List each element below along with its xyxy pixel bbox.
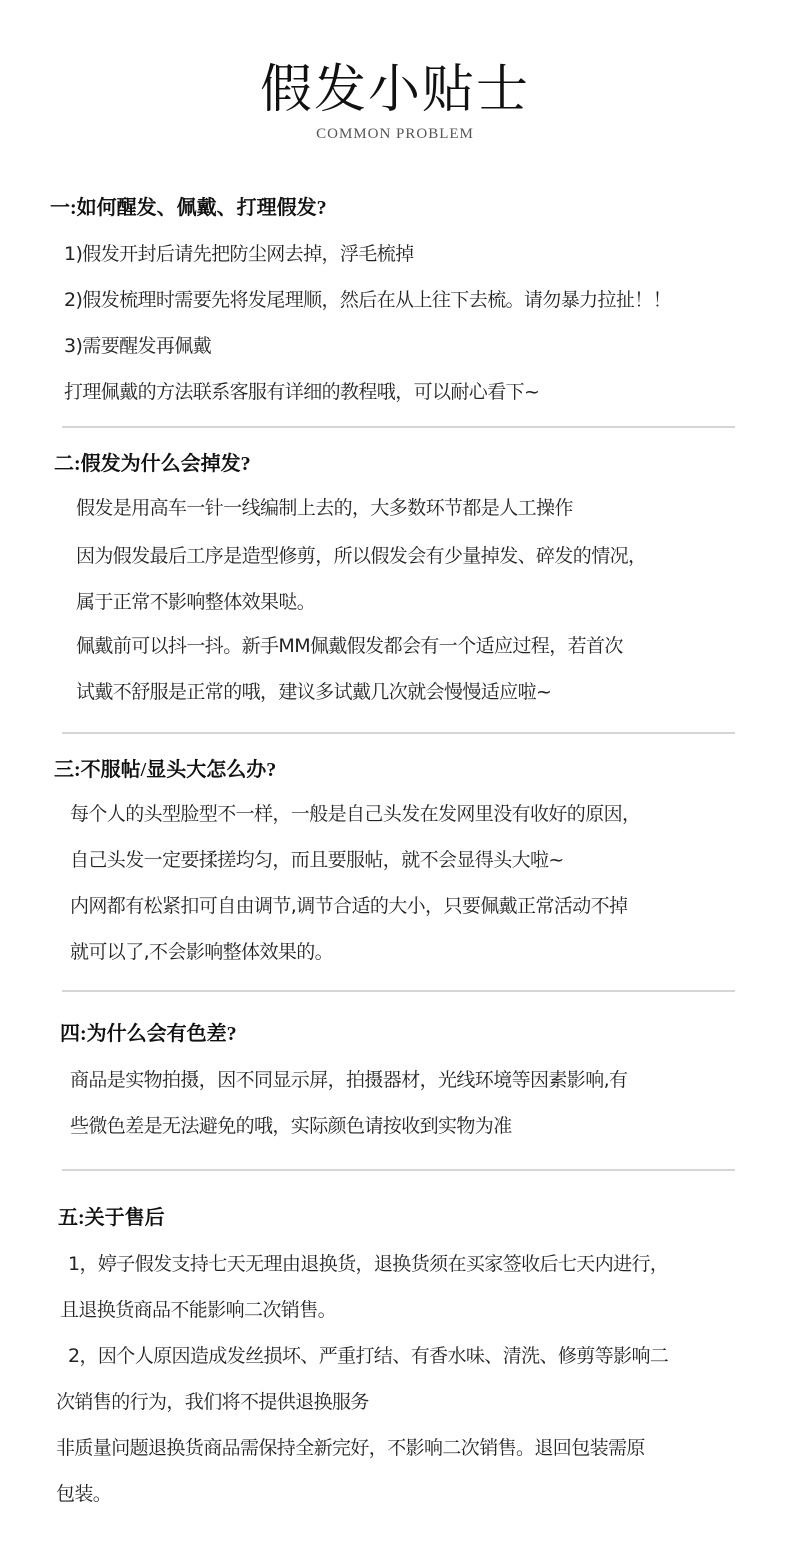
section-5-line-3: 2，因个人原因造成发丝损坏、严重打结、有香水味、清洗、修剪等影响二 xyxy=(68,1342,668,1370)
section-1-line-4: 打理佩戴的方法联系客服有详细的教程哦，可以耐心看下~ xyxy=(64,378,539,406)
section-heading-4: 四:为什么会有色差? xyxy=(60,1020,237,1048)
section-5-line-5: 非质量问题退换货商品需保持全新完好，不影响二次销售。退回包装需原 xyxy=(56,1434,645,1462)
section-3-line-1: 每个人的头型脸型不一样，一般是自己头发在发网里没有收好的原因， xyxy=(70,800,640,828)
section-1-line-2: 2)假发梳理时需要先将发尾理顺，然后在从上往下去梳。请勿暴力拉扯！！ xyxy=(64,286,671,314)
section-3-line-3: 内网都有松紧扣可自由调节,调节合适的大小，只要佩戴正常活动不掉 xyxy=(70,892,627,920)
page-title: 假发小贴士 xyxy=(0,58,790,122)
section-2-line-5: 试戴不舒服是正常的哦，建议多试戴几次就会慢慢适应啦~ xyxy=(76,678,551,706)
section-4-line-2: 些微色差是无法避免的哦，实际颜色请按收到实物为准 xyxy=(70,1112,512,1140)
divider xyxy=(62,426,735,428)
section-2-line-4: 佩戴前可以抖一抖。新手MM佩戴假发都会有一个适应过程，若首次 xyxy=(76,632,623,660)
divider xyxy=(62,1169,735,1171)
page-subtitle: COMMON PROBLEM xyxy=(0,124,790,144)
section-3-line-4: 就可以了,不会影响整体效果的。 xyxy=(70,938,333,966)
section-heading-3: 三:不服帖/显头大怎么办? xyxy=(54,756,276,784)
section-1-line-3: 3)需要醒发再佩戴 xyxy=(64,332,211,360)
section-5-line-6: 包装。 xyxy=(56,1480,111,1508)
section-3-line-2: 自己头发一定要揉搓均匀，而且要服帖，就不会显得头大啦~ xyxy=(70,846,564,874)
section-heading-1: 一:如何醒发、佩戴、打理假发? xyxy=(50,194,327,222)
section-5-line-1: 1，婷子假发支持七天无理由退换货，退换货须在买家签收后七天内进行， xyxy=(68,1250,668,1278)
section-2-line-1: 假发是用高车一针一线编制上去的，大多数环节都是人工操作 xyxy=(76,494,573,522)
divider xyxy=(62,990,735,992)
section-5-line-2: 且退换货商品不能影响二次销售。 xyxy=(60,1296,336,1324)
section-5-line-4: 次销售的行为，我们将不提供退换服务 xyxy=(56,1388,369,1416)
section-4-line-1: 商品是实物拍摄，因不同显示屏，拍摄器材，光线环境等因素影响,有 xyxy=(70,1066,627,1094)
divider xyxy=(62,732,735,734)
section-2-line-3: 属于正常不影响整体效果哒。 xyxy=(76,588,315,616)
section-1-line-1: 1)假发开封后请先把防尘网去掉，浮毛梳掉 xyxy=(64,240,414,268)
section-2-line-2: 因为假发最后工序是造型修剪，所以假发会有少量掉发、碎发的情况， xyxy=(76,542,646,570)
section-heading-5: 五:关于售后 xyxy=(58,1204,165,1232)
section-heading-2: 二:假发为什么会掉发? xyxy=(54,450,251,478)
